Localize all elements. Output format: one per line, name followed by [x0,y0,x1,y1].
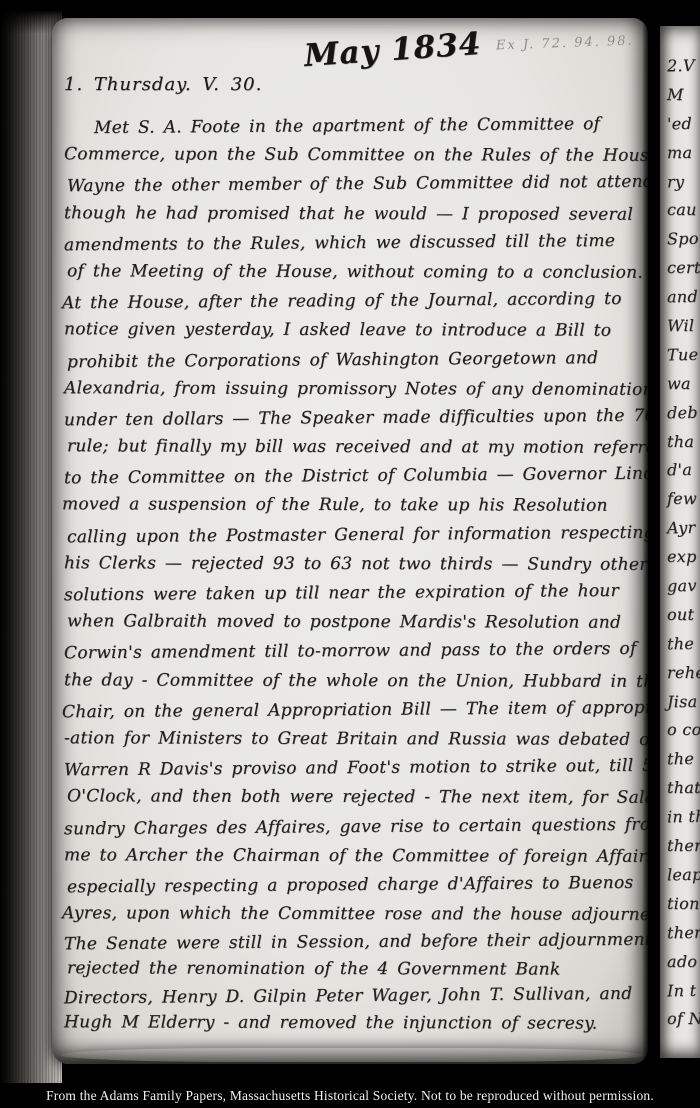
manuscript-line: me to Archer the Chairman of the Committ… [64,841,648,872]
manuscript-line: -ation for Ministers to Great Britain an… [64,724,648,755]
facing-page-line-fragment: in th [667,803,700,833]
manuscript-line: calling upon the Postmaster General for … [67,518,648,552]
facing-page-line-fragment: 2.V [667,52,700,82]
facing-page-line-fragment: o co [667,716,700,745]
facing-page-line-fragment: d'a [667,456,700,486]
manuscript-line: sundry Charges des Affaires, gave rise t… [64,810,648,844]
manuscript-line: At the House, after the reading of the J… [62,285,648,319]
manuscript-line: amendments to the Rules, which we discus… [64,226,648,260]
facing-page-text-fragments: 2.VM'edmarycauSpocertandWilTuewadebthad'… [667,52,700,1034]
facing-page-line-fragment: ry [667,167,700,197]
facing-page-line-fragment: Jisa [667,687,700,717]
archivist-pencil-note: Ex J. 72. 94. 98. [496,34,634,54]
facing-page-line-fragment: out [667,601,700,630]
manuscript-line: Alexandria, from issuing promissory Note… [64,374,648,405]
manuscript-line: solutions were taken up till near the ex… [64,577,648,611]
attribution-bar: From the Adams Family Papers, Massachuse… [0,1083,700,1108]
manuscript-line: to the Committee on the District of Colu… [64,460,648,494]
manuscript-line: when Galbraith moved to postpone Mardis'… [67,607,648,638]
manuscript-line: though he had promised that he would — I… [64,199,648,230]
manuscript-line: Warren R Davis's proviso and Foot's moti… [64,752,648,786]
attribution-text: From the Adams Family Papers, Massachuse… [46,1088,654,1104]
facing-page-line-fragment: cert [667,254,700,283]
manuscript-line: notice given yesterday, I asked leave to… [64,316,648,347]
manuscript-line: O'Clock, and then both were rejected - T… [67,783,648,814]
facing-page-line-fragment: that [667,774,700,803]
facing-page-line-fragment: Tue [667,341,700,371]
manuscript-line: Wayne the other member of the Sub Commit… [67,168,648,202]
facing-page-line-fragment: few [667,485,700,514]
facing-page-line-fragment: the C [667,745,700,775]
facing-page-line-fragment: ado [667,948,700,977]
manuscript-line: of the Meeting of the House, without com… [67,257,648,288]
facing-page-line-fragment: rehe [667,659,700,688]
manuscript-line: moved a suspension of the Rule, to take … [62,491,648,522]
manuscript-line: Hugh M Elderry - and removed the injunct… [64,1009,648,1038]
manuscript-line: especially respecting a proposed charge … [67,869,648,903]
manuscript-line: rule; but finally my bill was received a… [67,432,648,463]
facing-page-line-fragment: deb [667,398,700,428]
facing-page-line-fragment: ther [667,832,700,861]
manuscript-line: prohibit the Corporations of Washington … [67,343,648,377]
facing-page-line-fragment: the [667,629,700,659]
facing-page-line-fragment: M [667,81,700,110]
diary-page: May 1834 Ex J. 72. 94. 98. 1. Thursday. … [52,18,648,1064]
facing-page-line-fragment: of N [667,1005,700,1034]
facing-page-line-fragment: ther [667,918,700,948]
facing-page-sliver: 2.VM'edmarycauSpocertandWilTuewadebthad'… [660,26,700,1058]
facing-page-line-fragment: 'ed [667,109,700,139]
facing-page-line-fragment: tion [667,890,700,919]
manuscript-line: rejected the renomination of the 4 Gover… [67,955,648,984]
manuscript-line: his Clerks — rejected 93 to 63 not two t… [64,549,648,580]
page-date-heading: May 1834 [303,26,483,74]
facing-page-line-fragment: Wil [667,312,700,341]
facing-page-line-fragment: leap [667,861,700,891]
manuscript-line: Ayres, upon which the Committee rose and… [62,899,648,930]
manuscript-line: Directors, Henry D. Gilpin Peter Wager, … [64,981,648,1013]
manuscript-line: the day - Committee of the whole on the … [64,666,648,697]
manuscript-line: Commerce, upon the Sub Committee on the … [64,140,648,171]
manuscript-line: Met S. A. Foote in the apartment of the … [64,110,648,144]
manuscript-line: under ten dollars — The Speaker made dif… [64,402,648,436]
facing-page-line-fragment: gav [667,572,700,602]
manuscript-line: The Senate were still in Session, and be… [64,927,648,959]
facing-page-line-fragment: exp [667,543,700,572]
facing-page-line-fragment: and [667,283,700,313]
manuscript-photo: May 1834 Ex J. 72. 94. 98. 1. Thursday. … [0,0,700,1108]
manuscript-line: Corwin's amendment till to-morrow and pa… [64,635,648,669]
facing-page-line-fragment: Ayr [667,514,700,544]
facing-page-line-fragment: ma [667,139,700,168]
facing-page-line-fragment: In t [667,976,700,1006]
manuscript-line: Chair, on the general Appropriation Bill… [62,693,648,727]
diary-body-text: Met S. A. Foote in the apartment of the … [64,112,648,1037]
facing-page-line-fragment: tha [667,428,700,457]
facing-page-line-fragment: cau [667,196,700,225]
facing-page-line-fragment: Spo [667,225,700,255]
entry-heading: 1. Thursday. V. 30. [64,74,262,95]
facing-page-line-fragment: wa [667,370,700,399]
